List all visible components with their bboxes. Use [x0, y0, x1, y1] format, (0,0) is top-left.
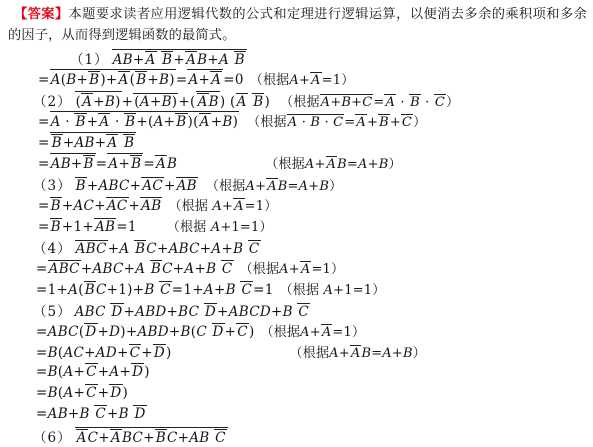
line-math: =B(A+C+D)	[36, 384, 128, 401]
formula-line: （3） B+ABC+AC+AB （根据A+AB=A+B）	[8, 174, 587, 195]
formula-line: =B(A+C+D)	[8, 384, 587, 405]
line-note: （根据A · B · C=A+B+C）	[247, 111, 426, 130]
line-math: =AB+B=A+B=AB	[38, 153, 177, 172]
line-math: =1+A(BC+1)+B C=1+A+B C=1	[36, 281, 274, 298]
line-label: （1）	[70, 48, 109, 68]
formula-line: =A(B+B)+A(B+B)=A+A=0 （根据A+A=1）	[8, 69, 587, 90]
line-math: =B+AB+A B	[38, 132, 136, 151]
line-label: （2）	[33, 90, 72, 110]
line-math: =A(B+B)+A(B+B)=A+A=0	[38, 69, 244, 88]
formula-line: =ABC(D+D)+ABD+B(C D+C) （根据A+A=1）	[8, 321, 587, 342]
line-note: （根据 A+1=1）	[280, 279, 386, 298]
line-note: （根据A+A=1）	[261, 321, 366, 340]
line-math: ABC D+ABD+BC D+ABCD+B C	[75, 303, 310, 320]
line-label: （5）	[33, 300, 72, 320]
formula-line: =AB+B C+B D	[8, 405, 587, 426]
line-note: （根据A+AB=A+B）	[206, 175, 342, 194]
formula-line: （5） ABC D+ABD+BC D+ABCD+B C	[8, 300, 587, 321]
answer-header: 【答案】本题要求读者应用逻辑代数的公式和定理进行逻辑运算，以便消去多余的乘积项和…	[8, 4, 587, 46]
formula-line: =B+1+AB=1 （根据 A+1=1）	[8, 216, 587, 237]
formula-line: =1+A(BC+1)+B C=1+A+B C=1 （根据 A+1=1）	[8, 279, 587, 300]
line-math: =A · B+A · B+(A+B)(A+B)	[38, 111, 239, 130]
derivation-lines: （1） AB+A B+AB+A B =A(B+B)+A(B+B)=A+A=0 （…	[8, 48, 587, 447]
line-math: =ABC(D+D)+ABD+B(C D+C)	[36, 323, 255, 340]
answer-text: 本题要求读者应用逻辑代数的公式和定理进行逻辑运算，以便消去多余的乘积项和多余的因…	[8, 7, 587, 43]
line-math: AC+ABC+BC+AB C	[75, 427, 228, 446]
line-math: =B+AC+AC+AB	[38, 197, 162, 214]
formula-line: =A · B+A · B+(A+B)(A+B) （根据A · B · C=A+B…	[8, 111, 587, 132]
formula-line: （6） AC+ABC+BC+AB C	[8, 426, 587, 447]
line-note: （根据 A+1=1）	[167, 216, 273, 235]
line-math: AB+A B+AB+A B	[112, 49, 247, 68]
formula-line: =B(AC+AD+C+D) （根据A+AB=A+B）	[8, 342, 587, 363]
line-note: （根据A+A=1）	[250, 69, 355, 88]
line-note: （根据A+AB=A+B）	[290, 342, 426, 361]
line-math: =B(A+C+A+D)	[36, 363, 150, 380]
formula-line: =B+AC+AC+AB （根据 A+A=1）	[8, 195, 587, 216]
line-note: （根据A+AB=A+B）	[265, 153, 401, 172]
line-note: （根据 A+A=1）	[168, 195, 277, 214]
formula-line: （2） (A+B)+(A+B)+(AB) (A B) （根据A+B+C=A · …	[8, 90, 587, 111]
formula-line: =ABC+ABC+A BC+A+B C （根据A+A=1）	[8, 258, 587, 279]
formula-line: （1） AB+A B+AB+A B	[8, 48, 587, 69]
line-note: （根据A+B+C=A · B · C）	[280, 91, 459, 110]
formula-line: （4） ABC+A BC+ABC+A+B C	[8, 237, 587, 258]
line-label: （4）	[33, 237, 72, 257]
line-label: （3）	[33, 174, 72, 194]
line-math: =AB+B C+B D	[36, 405, 147, 422]
line-math: (A+B)+(A+B)+(AB) (A B)	[75, 91, 270, 110]
formula-line: =AB+B=A+B=AB （根据A+AB=A+B）	[8, 153, 587, 174]
line-math: =B+1+AB=1	[38, 218, 137, 235]
line-math: =ABC+ABC+A BC+A+B C	[36, 260, 234, 277]
formula-line: =B+AB+A B	[8, 132, 587, 153]
line-note: （根据A+A=1）	[240, 258, 345, 277]
answer-tag: 【答案】	[14, 7, 69, 22]
answer-document: 【答案】本题要求读者应用逻辑代数的公式和定理进行逻辑运算，以便消去多余的乘积项和…	[0, 0, 593, 447]
line-math: B+ABC+AC+AB	[75, 177, 198, 194]
line-math: ABC+A BC+ABC+A+B C	[75, 240, 261, 257]
formula-line: =B(A+C+A+D)	[8, 363, 587, 384]
line-math: =B(AC+AD+C+D)	[36, 344, 172, 361]
line-label: （6）	[33, 426, 72, 446]
